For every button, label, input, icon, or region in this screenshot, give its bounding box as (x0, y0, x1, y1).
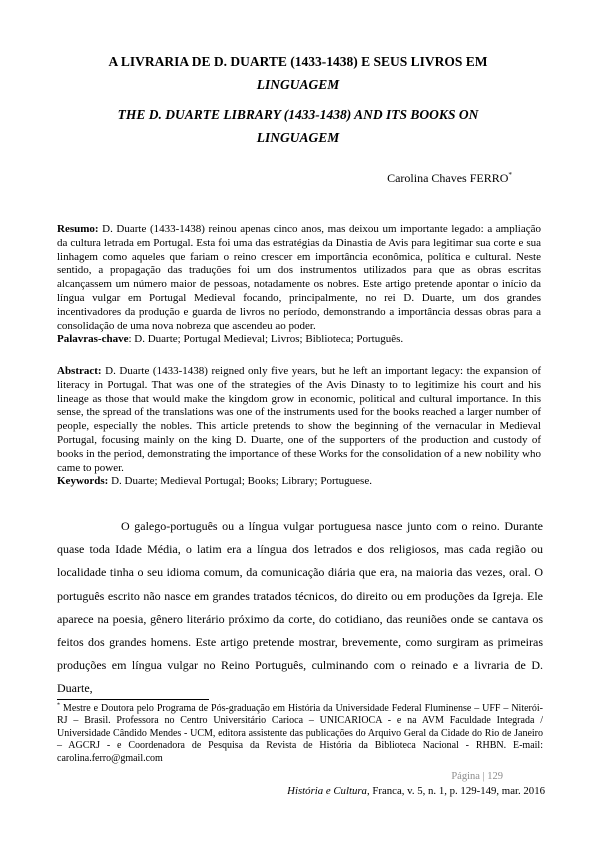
footnote-text: Mestre e Doutora pelo Programa de Pós-gr… (57, 703, 543, 764)
footnote: * Mestre e Doutora pelo Programa de Pós-… (57, 703, 543, 765)
palavras-chave-label: Palavras-chave (57, 333, 128, 345)
page-number-label: Página | 129 (57, 771, 503, 782)
palavras-chave-text: : D. Duarte; Portugal Medieval; Livros; … (128, 333, 403, 345)
keywords-line: Keywords: D. Duarte; Medieval Portugal; … (57, 475, 541, 489)
article-title-en-line1: THE D. DUARTE LIBRARY (1433-1438) AND IT… (56, 104, 540, 127)
article-title-english: THE D. DUARTE LIBRARY (1433-1438) AND IT… (56, 104, 540, 149)
body-paragraph: O galego-português ou a língua vulgar po… (57, 515, 543, 701)
resumo-text: D. Duarte (1433-1438) reinou apenas cinc… (57, 223, 541, 332)
author-name: Carolina Chaves FERRO (387, 171, 508, 185)
article-title-pt-line2: LINGUAGEM (56, 74, 540, 97)
article-title-en-line2: LINGUAGEM (56, 127, 540, 150)
journal-title: História e Cultura (287, 785, 367, 797)
resumo-label: Resumo: (57, 223, 99, 235)
abstract-paragraph: Abstract: D. Duarte (1433-1438) reigned … (57, 365, 541, 475)
journal-citation: História e Cultura, Franca, v. 5, n. 1, … (57, 785, 545, 797)
document-page: A LIVRARIA DE D. DUARTE (1433-1438) E SE… (0, 0, 595, 842)
footnote-separator-rule (57, 699, 209, 700)
article-title-portuguese: A LIVRARIA DE D. DUARTE (1433-1438) E SE… (56, 51, 540, 96)
palavras-chave-line: Palavras-chave: D. Duarte; Portugal Medi… (57, 333, 541, 347)
abstract-label: Abstract: (57, 365, 102, 377)
resumo-paragraph: Resumo: D. Duarte (1433-1438) reinou ape… (57, 223, 541, 333)
abstract-section: Abstract: D. Duarte (1433-1438) reigned … (57, 365, 541, 489)
article-title-pt-line1: A LIVRARIA DE D. DUARTE (1433-1438) E SE… (56, 51, 540, 74)
keywords-text: D. Duarte; Medieval Portugal; Books; Lib… (108, 475, 372, 487)
journal-citation-rest: , Franca, v. 5, n. 1, p. 129-149, mar. 2… (367, 785, 545, 797)
resumo-section: Resumo: D. Duarte (1433-1438) reinou ape… (57, 223, 541, 347)
author-footnote-marker: * (508, 171, 512, 179)
abstract-text: D. Duarte (1433-1438) reigned only five … (57, 365, 541, 474)
keywords-label: Keywords: (57, 475, 108, 487)
author-byline: Carolina Chaves FERRO* (57, 171, 512, 186)
